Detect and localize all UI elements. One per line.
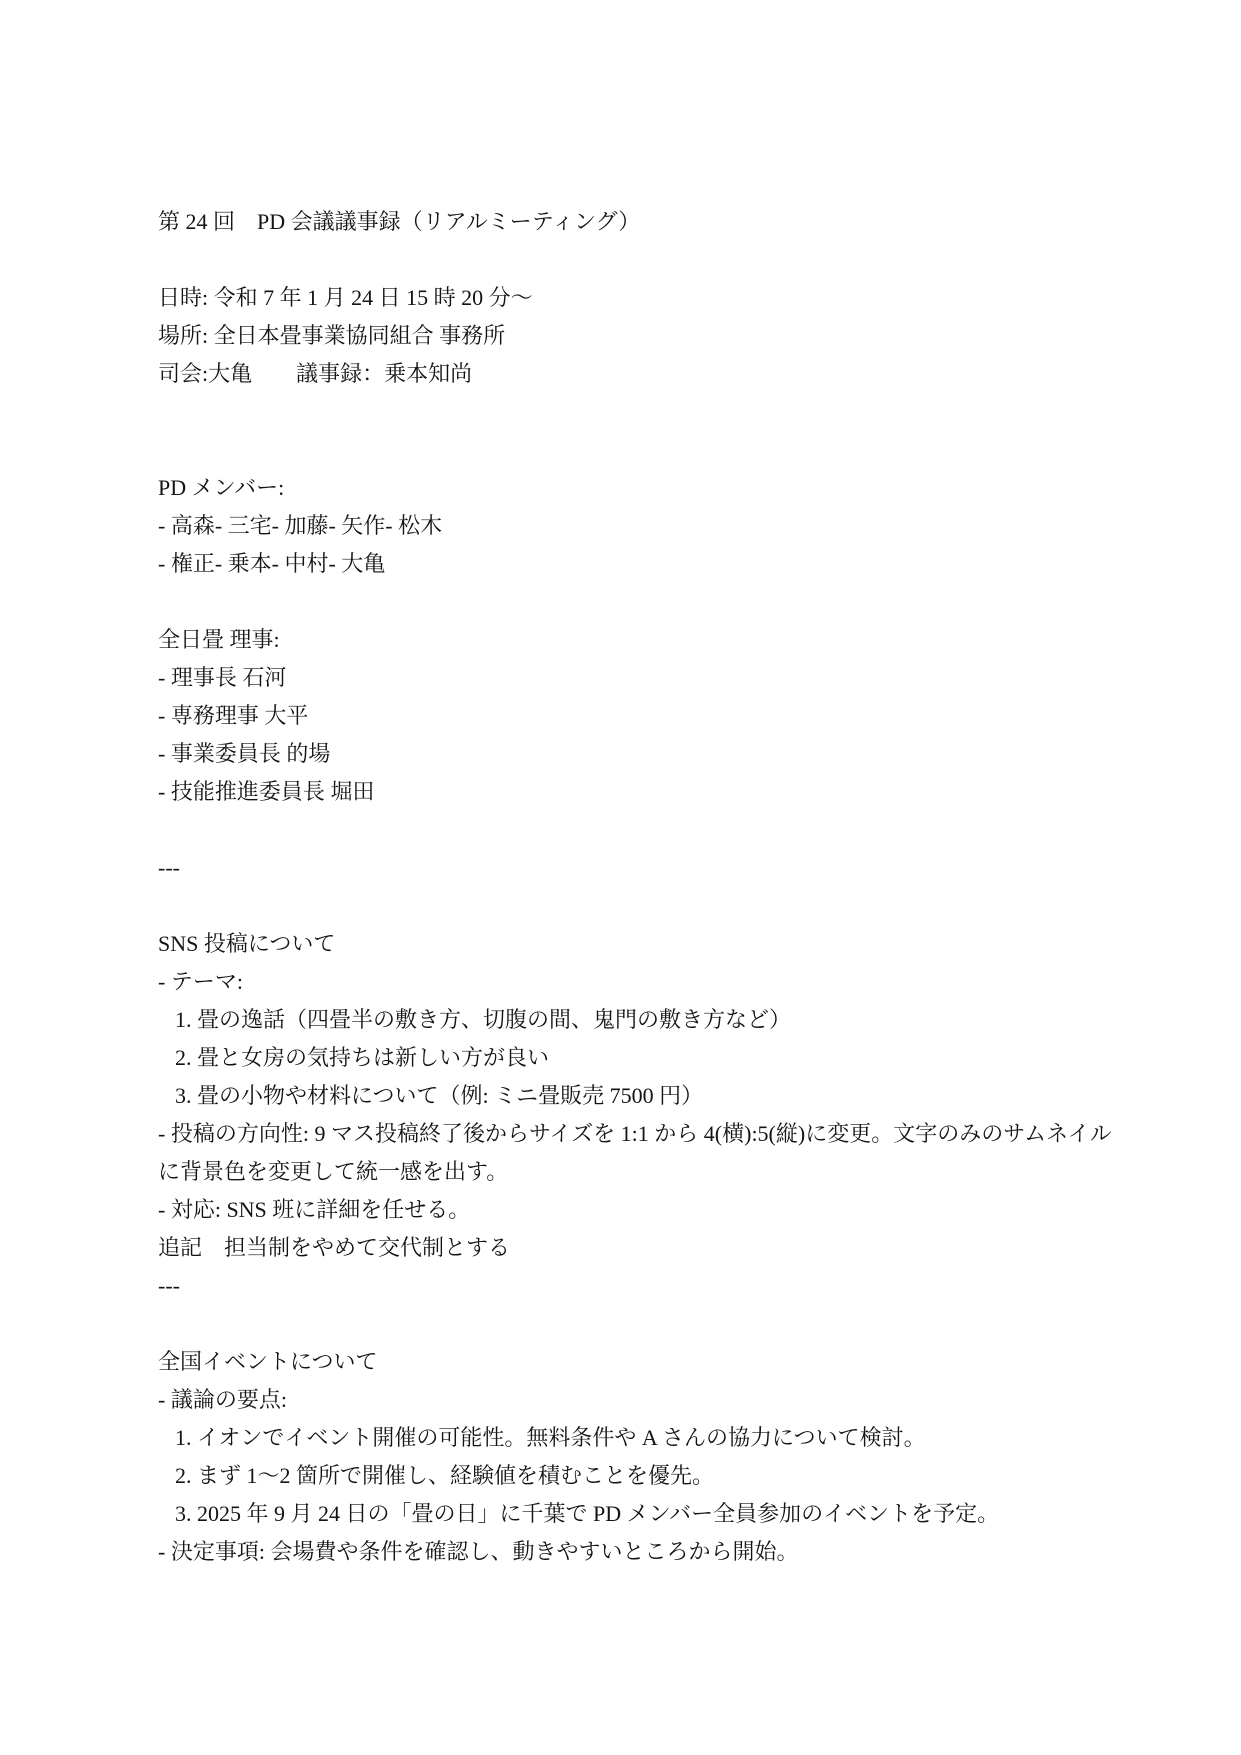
board-row: - 理事長 石河 bbox=[158, 659, 1116, 697]
board-heading: 全日畳 理事: bbox=[158, 621, 1116, 659]
board-row: - 技能推進委員長 堀田 bbox=[158, 773, 1116, 811]
blank-line bbox=[158, 583, 1116, 621]
pd-members-heading: PD メンバー: bbox=[158, 469, 1116, 507]
event-section-heading: 全国イベントについて bbox=[158, 1343, 1116, 1381]
sns-direction: - 投稿の方向性: 9 マス投稿終了後からサイズを 1:1 から 4(横):5(… bbox=[158, 1115, 1116, 1191]
pd-members-row: - 権正- 乗本- 中村- 大亀 bbox=[158, 545, 1116, 583]
blank-line bbox=[158, 241, 1116, 279]
event-point-item: 3. 2025 年 9 月 24 日の「畳の日」に千葉で PD メンバー全員参加… bbox=[158, 1495, 1116, 1533]
blank-line bbox=[158, 887, 1116, 925]
blank-line bbox=[158, 1305, 1116, 1343]
sns-theme-item: 1. 畳の逸話（四畳半の敷き方、切腹の間、鬼門の敷き方など） bbox=[158, 1001, 1116, 1039]
sns-theme-item: 3. 畳の小物や材料について（例: ミニ畳販売 7500 円） bbox=[158, 1077, 1116, 1115]
section-divider: --- bbox=[158, 849, 1116, 887]
sns-theme-label: - テーマ: bbox=[158, 963, 1116, 1001]
meeting-place: 場所: 全日本畳事業協同組合 事務所 bbox=[158, 317, 1116, 355]
event-points-label: - 議論の要点: bbox=[158, 1381, 1116, 1419]
event-point-item: 1. イオンでイベント開催の可能性。無料条件や A さんの協力について検討。 bbox=[158, 1419, 1116, 1457]
meeting-chair-recorder: 司会:大亀 議事録：乗本知尚 bbox=[158, 355, 1116, 393]
event-decision: - 決定事項: 会場費や条件を確認し、動きやすいところから開始。 bbox=[158, 1533, 1116, 1571]
board-row: - 専務理事 大平 bbox=[158, 697, 1116, 735]
event-point-item: 2. まず 1〜2 箇所で開催し、経験値を積むことを優先。 bbox=[158, 1457, 1116, 1495]
sns-response: - 対応: SNS 班に詳細を任せる。 bbox=[158, 1191, 1116, 1229]
sns-postscript: 追記 担当制をやめて交代制とする bbox=[158, 1229, 1116, 1267]
pd-members-row: - 高森- 三宅- 加藤- 矢作- 松木 bbox=[158, 507, 1116, 545]
blank-line bbox=[158, 393, 1116, 431]
sns-section-heading: SNS 投稿について bbox=[158, 925, 1116, 963]
page-title: 第 24 回 PD 会議議事録（リアルミーティング） bbox=[158, 203, 1116, 241]
section-divider: --- bbox=[158, 1267, 1116, 1305]
document-page: 第 24 回 PD 会議議事録（リアルミーティング） 日時: 令和 7 年 1 … bbox=[0, 0, 1241, 1755]
sns-theme-item: 2. 畳と女房の気持ちは新しい方が良い bbox=[158, 1039, 1116, 1077]
board-row: - 事業委員長 的場 bbox=[158, 735, 1116, 773]
blank-line bbox=[158, 431, 1116, 469]
meeting-datetime: 日時: 令和 7 年 1 月 24 日 15 時 20 分〜 bbox=[158, 279, 1116, 317]
blank-line bbox=[158, 811, 1116, 849]
